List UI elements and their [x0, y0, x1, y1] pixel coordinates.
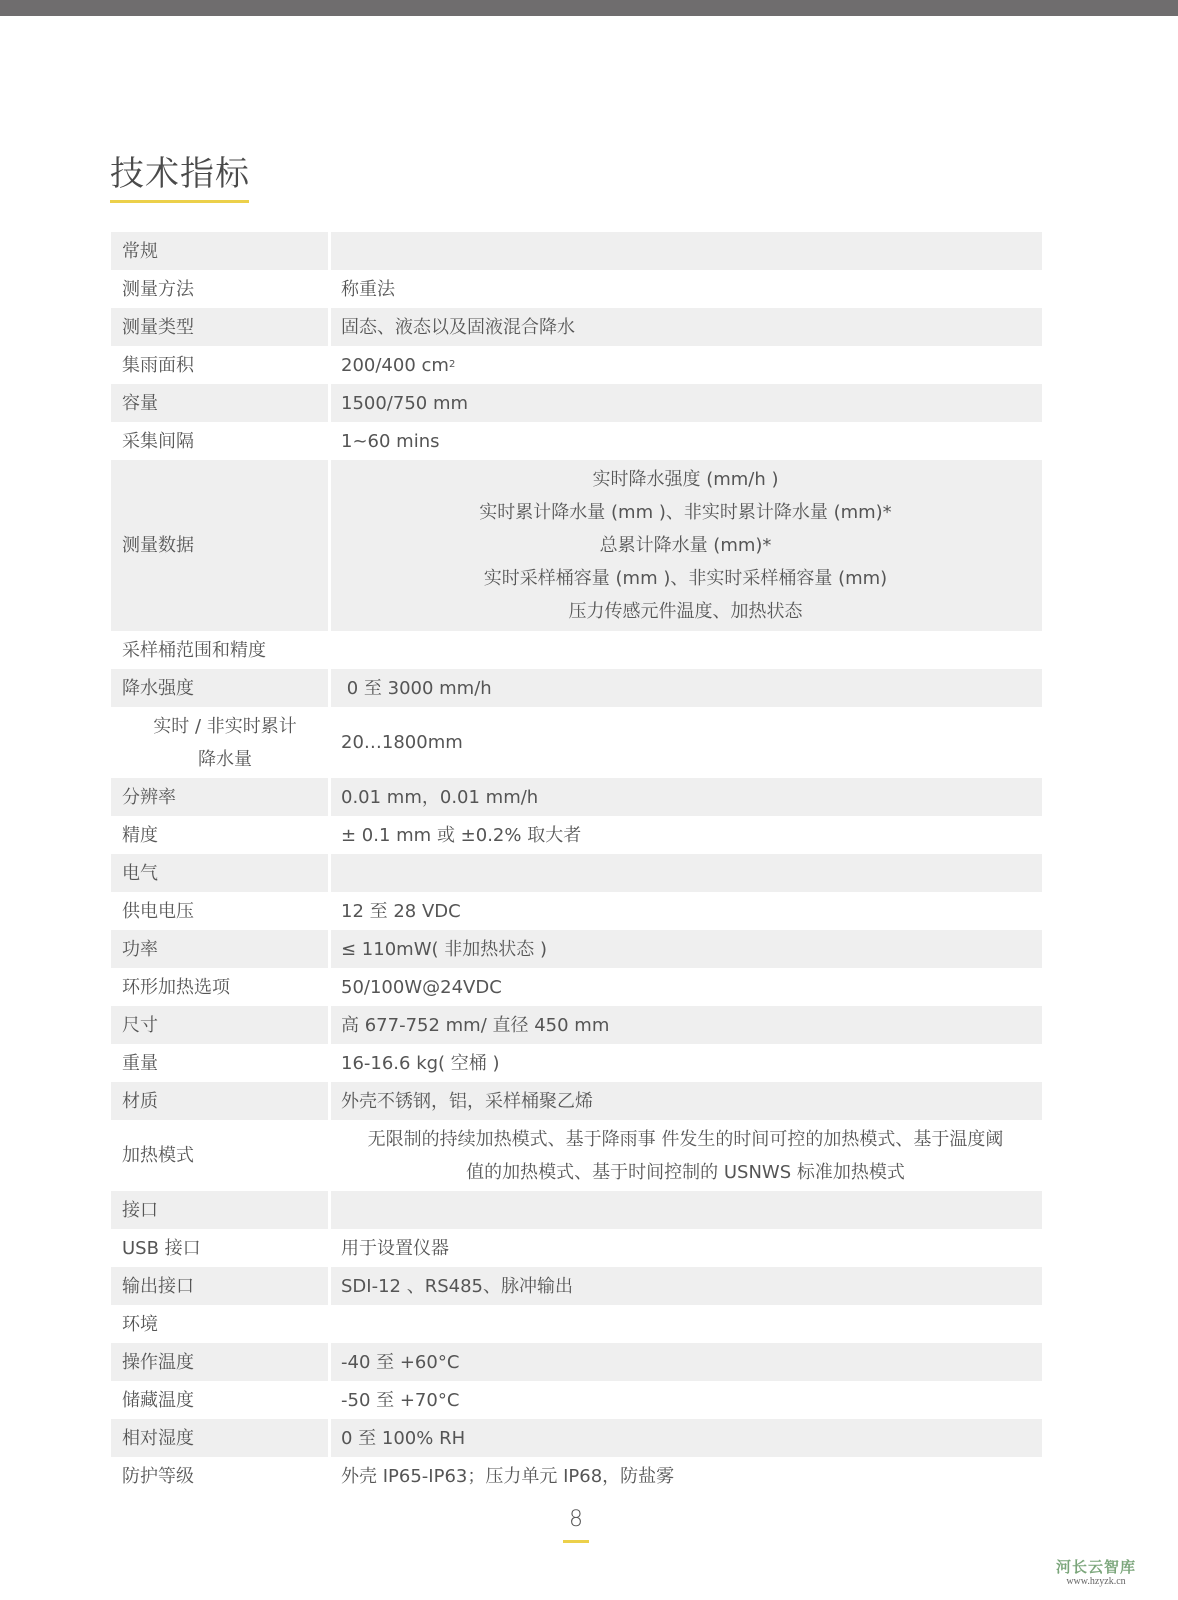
- value-line: 总累计降水量 (mm)*: [600, 529, 772, 562]
- row-value: [331, 854, 1042, 892]
- row-label: 环境: [111, 1305, 328, 1343]
- value-line: 实时累计降水量 (mm )、非实时累计降水量 (mm)*: [479, 496, 891, 529]
- watermark-title: 河长云智库: [1046, 1558, 1146, 1576]
- row-label: 测量方法: [111, 270, 328, 308]
- row-value: 20…1800mm: [331, 707, 1042, 778]
- row-label: 输出接口: [111, 1267, 328, 1305]
- row-label: 降水强度: [111, 669, 328, 707]
- row-label: 供电电压: [111, 892, 328, 930]
- row-label: 操作温度: [111, 1343, 328, 1381]
- row-label: 相对湿度: [111, 1419, 328, 1457]
- row-value: 高 677-752 mm/ 直径 450 mm: [331, 1006, 1042, 1044]
- row-value: 0 至 100% RH: [331, 1419, 1042, 1457]
- table-row: 加热模式 无限制的持续加热模式、基于降雨事 件发生的时间可控的加热模式、基于温度…: [111, 1120, 1042, 1191]
- row-value: [331, 232, 1042, 270]
- row-value: 50/100W@24VDC: [331, 968, 1042, 1006]
- row-label: 分辨率: [111, 778, 328, 816]
- row-value: SDI-12 、RS485、脉冲输出: [331, 1267, 1042, 1305]
- row-value: [331, 1305, 1042, 1343]
- value-line: 实时采样桶容量 (mm )、非实时采样桶容量 (mm): [484, 562, 887, 595]
- row-label: 重量: [111, 1044, 328, 1082]
- row-label: 环形加热选项: [111, 968, 328, 1006]
- row-value: [331, 1191, 1042, 1229]
- label-line: 实时 / 非实时累计: [153, 710, 297, 743]
- table-row: 尺寸 高 677-752 mm/ 直径 450 mm: [111, 1006, 1042, 1044]
- table-row: 测量方法 称重法: [111, 270, 1042, 308]
- top-header-bar: [0, 0, 1178, 16]
- row-value: 称重法: [331, 270, 1042, 308]
- row-value: 固态、液态以及固液混合降水: [331, 308, 1042, 346]
- value-line: 压力传感元件温度、加热状态: [569, 595, 803, 628]
- table-row: 防护等级 外壳 IP65-IP63；压力单元 IP68，防盐雾: [111, 1457, 1042, 1495]
- page-number-underline: [563, 1540, 589, 1543]
- row-value: -50 至 +70°C: [331, 1381, 1042, 1419]
- row-label: 集雨面积: [111, 346, 328, 384]
- row-value: 无限制的持续加热模式、基于降雨事 件发生的时间可控的加热模式、基于温度阈 值的加…: [331, 1120, 1042, 1191]
- row-label: 采样桶范围和精度: [111, 631, 411, 669]
- page-number-block: 8: [563, 1505, 589, 1543]
- row-value: 16-16.6 kg( 空桶 ): [331, 1044, 1042, 1082]
- row-label: 储藏温度: [111, 1381, 328, 1419]
- watermark-logo: 河长云智库 www.hzyzk.cn: [1046, 1558, 1146, 1587]
- row-label: 尺寸: [111, 1006, 328, 1044]
- row-value: 200/400 cm2: [331, 346, 1042, 384]
- row-label: 接口: [111, 1191, 328, 1229]
- section-row-environment: 环境: [111, 1305, 1042, 1343]
- value-line: 值的加热模式、基于时间控制的 USNWS 标准加热模式: [466, 1156, 905, 1189]
- value-line: 无限制的持续加热模式、基于降雨事 件发生的时间可控的加热模式、基于温度阈: [368, 1123, 1004, 1156]
- page-title-block: 技术指标: [110, 150, 250, 203]
- table-row: 相对湿度 0 至 100% RH: [111, 1419, 1042, 1457]
- section-row-electrical: 电气: [111, 854, 1042, 892]
- row-label: 精度: [111, 816, 328, 854]
- row-label: 功率: [111, 930, 328, 968]
- value-line: 实时降水强度 (mm/h ): [592, 463, 778, 496]
- page-title: 技术指标: [110, 150, 250, 198]
- table-row: 分辨率 0.01 mm，0.01 mm/h: [111, 778, 1042, 816]
- table-row: 操作温度 -40 至 +60°C: [111, 1343, 1042, 1381]
- table-row: 测量数据 实时降水强度 (mm/h ) 实时累计降水量 (mm )、非实时累计降…: [111, 460, 1042, 631]
- watermark-url: www.hzyzk.cn: [1046, 1576, 1146, 1587]
- table-row: 环形加热选项 50/100W@24VDC: [111, 968, 1042, 1006]
- row-value: 1500/750 mm: [331, 384, 1042, 422]
- row-label: 材质: [111, 1082, 328, 1120]
- row-value: 12 至 28 VDC: [331, 892, 1042, 930]
- row-value: ± 0.1 mm 或 ±0.2% 取大者: [331, 816, 1042, 854]
- row-label: 加热模式: [111, 1120, 328, 1191]
- table-row: 实时 / 非实时累计 降水量 20…1800mm: [111, 707, 1042, 778]
- table-row: 材质 外壳不锈钢，铝，采样桶聚乙烯: [111, 1082, 1042, 1120]
- section-row-general: 常规: [111, 232, 1042, 270]
- table-row: 功率 ≤ 110mW( 非加热状态 ): [111, 930, 1042, 968]
- row-label: 测量类型: [111, 308, 328, 346]
- table-row: 测量类型 固态、液态以及固液混合降水: [111, 308, 1042, 346]
- table-row: 输出接口 SDI-12 、RS485、脉冲输出: [111, 1267, 1042, 1305]
- row-label: USB 接口: [111, 1229, 328, 1267]
- spec-table: 常规 测量方法 称重法 测量类型 固态、液态以及固液混合降水 集雨面积 200/…: [111, 232, 1042, 1495]
- table-row: 储藏温度 -50 至 +70°C: [111, 1381, 1042, 1419]
- row-value: -40 至 +60°C: [331, 1343, 1042, 1381]
- table-row: 重量 16-16.6 kg( 空桶 ): [111, 1044, 1042, 1082]
- row-label: 容量: [111, 384, 328, 422]
- row-label: 防护等级: [111, 1457, 328, 1495]
- row-label: 电气: [111, 854, 328, 892]
- row-value: 1~60 mins: [331, 422, 1042, 460]
- table-row: 精度 ± 0.1 mm 或 ±0.2% 取大者: [111, 816, 1042, 854]
- table-row: 降水强度 0 至 3000 mm/h: [111, 669, 1042, 707]
- section-row-range-accuracy: 采样桶范围和精度: [111, 631, 1042, 669]
- row-value: 0.01 mm，0.01 mm/h: [331, 778, 1042, 816]
- row-label: 测量数据: [111, 460, 328, 631]
- row-label: 实时 / 非实时累计 降水量: [111, 707, 328, 778]
- table-row: USB 接口 用于设置仪器: [111, 1229, 1042, 1267]
- row-label: 常规: [111, 232, 328, 270]
- row-value: 用于设置仪器: [331, 1229, 1042, 1267]
- row-value: 实时降水强度 (mm/h ) 实时累计降水量 (mm )、非实时累计降水量 (m…: [331, 460, 1042, 631]
- row-value: 外壳 IP65-IP63；压力单元 IP68，防盐雾: [331, 1457, 1042, 1495]
- row-label: 采集间隔: [111, 422, 328, 460]
- row-value: 0 至 3000 mm/h: [331, 669, 1042, 707]
- table-row: 供电电压 12 至 28 VDC: [111, 892, 1042, 930]
- section-row-interface: 接口: [111, 1191, 1042, 1229]
- value-text: 200/400 cm: [341, 349, 449, 382]
- table-row: 采集间隔 1~60 mins: [111, 422, 1042, 460]
- table-row: 容量 1500/750 mm: [111, 384, 1042, 422]
- page-number: 8: [563, 1505, 589, 1535]
- row-value: ≤ 110mW( 非加热状态 ): [331, 930, 1042, 968]
- table-row: 集雨面积 200/400 cm2: [111, 346, 1042, 384]
- label-line: 降水量: [198, 743, 252, 776]
- row-value: 外壳不锈钢，铝，采样桶聚乙烯: [331, 1082, 1042, 1120]
- title-underline: [110, 200, 249, 203]
